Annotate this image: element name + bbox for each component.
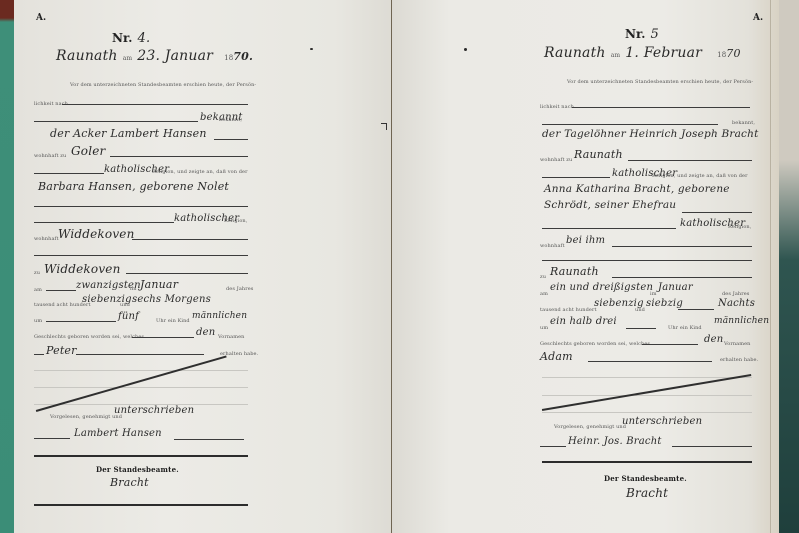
uhr-label: Uhr ein Kind [668,325,702,331]
declarant-signature: Heinr. Jos. Bracht [568,436,662,447]
residence2-hand: bei ihm [566,235,605,246]
official-title: Der Standesbeamte. [96,465,179,474]
at-label: am [123,55,132,62]
year-prefix: 18 [717,51,726,59]
book-cover-right [779,0,799,533]
residence2-label: wohnhaft [540,243,565,249]
uhr-label: Uhr ein Kind [156,318,190,324]
official-signature: Bracht [626,486,668,500]
record-number: Nr. 4. [112,27,150,46]
personal-label: lichkeit nach [540,104,574,110]
thousand-label: tausend acht hundert [540,307,597,313]
number-value: 4. [137,31,150,46]
known-label: bekannt, [732,120,755,126]
residence-label: wohnhaft zu [540,157,572,163]
und-label: und [635,307,645,313]
record-number: Nr. 5 [625,23,659,42]
date-hand: 1. Februar [625,45,702,61]
gender-line: Geschlechts geboren worden sei, welches [540,341,650,347]
place-date-line: Raunath am 23. Januar 1870. [56,45,253,64]
intro-text: Vor dem unterzeichneten Standesbeamten e… [70,82,256,88]
residence2-hand: Widdekoven [58,227,135,241]
number-label: Nr. [625,27,645,41]
name-hand: den [704,334,723,345]
place-hand: Raunath [56,48,118,64]
religion-text: Religion, und zeigte an, daß von der [652,173,748,179]
year-suffix: 70. [233,50,253,63]
read-hand: unterschrieben [622,416,702,427]
year-hand2: siebzig [646,298,683,309]
vornamen-label: Vornamen [218,334,244,340]
at-label: zu [34,270,40,276]
year-label: des Jahres [226,286,253,292]
date-hand: 23. Januar [137,48,213,64]
residence-hand: Raunath [574,148,623,161]
religion2-label: Religion, [224,218,247,224]
child-name: Peter [46,344,77,357]
month-hand: Januar [658,282,693,293]
official-title: Der Standesbeamte. [604,474,687,483]
number-label: Nr. [112,31,132,45]
sex-hand: männlichen [714,316,769,326]
religion2-label: Religion, [728,224,751,230]
corner-mark [381,123,387,130]
at-label: am [611,52,620,59]
vornamen-label: Vornamen [724,341,750,347]
corner-letter: A. [36,13,46,23]
day-hand: ein und dreißigsten [550,282,653,293]
declarant-hand: der Tagelöhner Heinrich Joseph Bracht [542,128,759,140]
mother-hand: Barbara Hansen, geborene Nolet [38,180,229,193]
residence-hand: Goler [71,144,106,158]
hour-label: um [540,325,548,331]
mother-hand-1: Anna Katharina Bracht, geborene [544,183,730,195]
residence2-label: wohnhaft [34,236,59,242]
place-hand: Raunath [544,45,606,61]
declarant-hand: der Acker Lambert Hansen [50,127,207,140]
time-hand: sechs Morgens [132,294,211,305]
left-page: A. Nr. 4. Raunath am 23. Januar 1870. Vo… [14,0,392,533]
year-label: des Jahres [722,291,749,297]
at-hand: Raunath [550,265,599,278]
number-value: 5 [650,27,658,42]
child-name: Adam [540,350,573,363]
declarant-signature: Lambert Hansen [74,428,162,439]
month-label: im [130,286,137,292]
month-hand: Januar [140,278,178,291]
mother-hand-2: Schrödt, seiner Ehefrau [544,199,676,211]
known-label: bekannt, [219,117,242,123]
right-page: A. Nr. 5 Raunath am 1. Februar 1870 Vor … [392,0,779,533]
hour-label: um [34,318,42,324]
month-label: im [650,291,657,297]
year-prefix: 18 [224,54,233,62]
official-signature: Bracht [110,476,149,489]
received-label: erhalten habe. [720,357,758,363]
day-label: am [34,287,42,293]
intro-text: Vor dem unterzeichneten Standesbeamten e… [567,79,753,85]
gender-line: Geschlechts geboren worden sei, welches [34,334,144,340]
year-suffix: 70 [726,47,740,60]
day-label: am [540,291,548,297]
read-label: Vorgelesen, genehmigt und [554,424,626,430]
at-hand: Widdekoven [44,262,121,276]
read-hand: unterschrieben [114,405,194,416]
place-date-line: Raunath am 1. Februar 1870 [544,42,741,61]
name-hand: den [196,327,215,338]
book-cover-left [0,0,14,533]
hour-hand: fünf [118,311,139,322]
hour-hand: ein halb drei [550,316,617,327]
sex-hand: männlichen [192,311,247,321]
read-label: Vorgelesen, genehmigt und [50,414,122,420]
time-hand: Nachts [718,298,755,309]
corner-letter: A. [753,13,763,23]
at-label: zu [540,274,546,280]
residence-label: wohnhaft zu [34,153,66,159]
religion-text: Religion, und zeigte an, daß von der [152,169,248,175]
und-label: und [120,302,130,308]
